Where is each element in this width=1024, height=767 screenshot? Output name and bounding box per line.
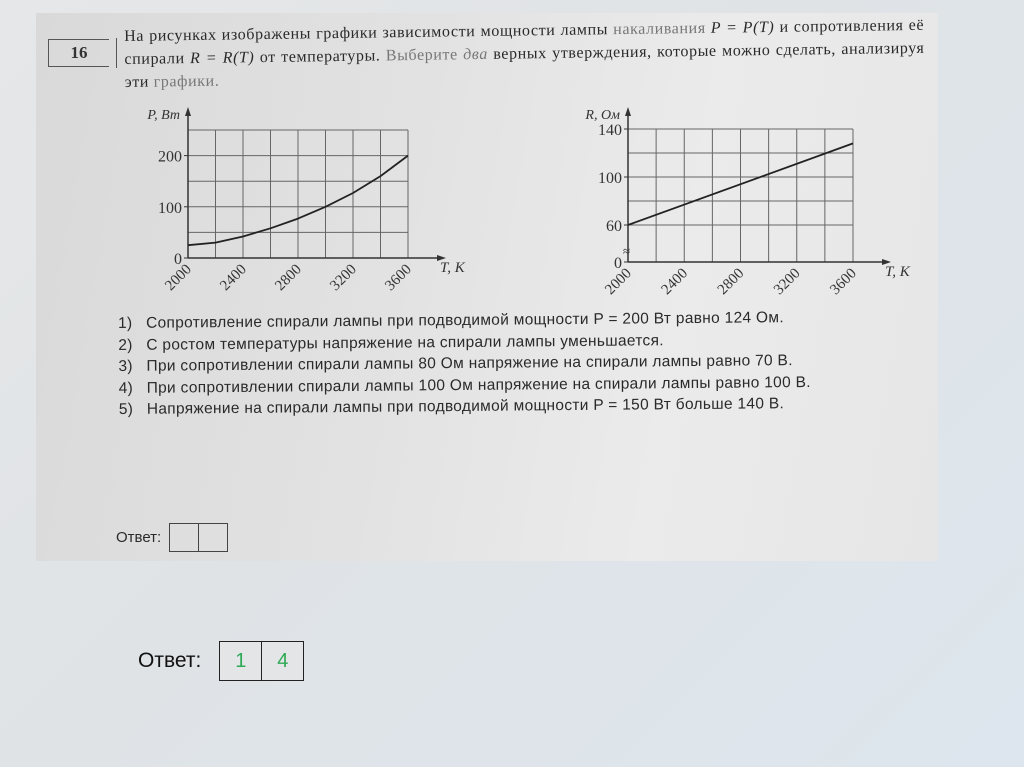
answer-blank: Ответ: [116,523,228,552]
svg-text:100: 100 [158,200,182,217]
svg-text:T, К: T, К [885,264,911,280]
answer-blank-label: Ответ: [116,529,161,546]
intro-text: накаливания [613,20,706,38]
svg-text:3600: 3600 [382,262,415,295]
task-sheet: 16 На рисунках изображены графики зависи… [36,13,938,561]
svg-text:2400: 2400 [217,262,250,295]
answer-label: Ответ: [138,649,201,673]
intro-formula-p: P = P(T) [706,19,775,37]
intro-text: графики. [154,73,220,91]
statement-number: 4) [119,377,147,399]
svg-text:2800: 2800 [272,262,305,295]
intro-text: два [458,46,488,63]
intro-formula-r: R = R(T) [190,49,255,67]
task-number: 16 [48,39,109,67]
resistance-temperature-chart: R, Ом06010014020002400280032003600T, К≈ [556,105,936,320]
svg-text:2000: 2000 [162,262,195,295]
statements-list: 1) Сопротивление спирали лампы при подво… [118,306,934,421]
answer-blank-cell[interactable] [170,524,198,551]
svg-text:200: 200 [158,149,182,166]
svg-text:≈: ≈ [623,244,630,259]
svg-text:2400: 2400 [659,266,692,299]
statement-number: 2) [118,334,146,356]
task-intro: На рисунках изображены графики зависимос… [124,14,925,94]
statement-number: 1) [118,313,146,335]
svg-text:2000: 2000 [602,266,635,299]
svg-text:P, Вт: P, Вт [146,108,180,123]
statement-number: 5) [119,399,147,421]
svg-text:R, Ом: R, Ом [584,108,620,123]
answer-blank-boxes [169,523,228,552]
answer-blank-cell[interactable] [198,524,227,551]
intro-text: Выберите [386,46,458,64]
answer-digit-2[interactable]: 4 [261,642,303,680]
statement-number: 3) [118,356,146,378]
answer-block: Ответ: 1 4 [138,641,304,681]
power-temperature-chart: P, Вт010020020002400280032003600T, К [126,105,486,320]
svg-text:3600: 3600 [827,266,860,299]
svg-text:100: 100 [598,170,622,187]
intro-text: от температуры. [254,47,386,66]
svg-text:3200: 3200 [771,266,804,299]
svg-text:2800: 2800 [715,266,748,299]
answer-digit-1[interactable]: 1 [220,642,261,680]
svg-text:3200: 3200 [327,262,360,295]
svg-text:60: 60 [606,218,622,235]
svg-text:T, К: T, К [440,260,466,276]
intro-text: На рисунках изображены графики зависимос… [124,21,613,45]
answer-boxes: 1 4 [219,641,304,681]
svg-text:140: 140 [598,122,622,139]
